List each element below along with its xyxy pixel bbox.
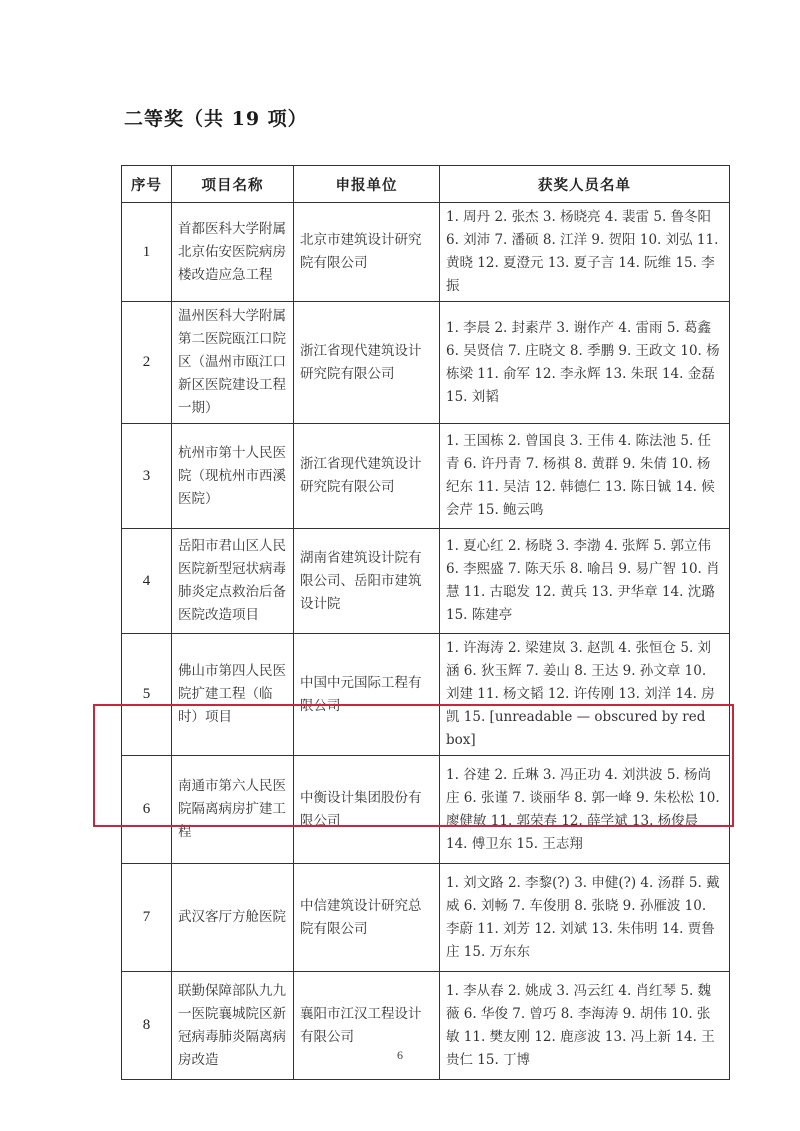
section-heading: 二等奖（共 19 项）	[124, 104, 308, 131]
table-row: 3 杭州市第十人民医院（现杭州市西溪医院） 浙江省现代建筑设计研究院有限公司 1…	[122, 424, 730, 529]
row-seq: 4	[122, 529, 172, 634]
table-row: 1 首都医科大学附属北京佑安医院病房楼改造应急工程 北京市建筑设计研究院有限公司…	[122, 203, 730, 302]
row-project: 联勤保障部队九九一医院襄城院区新冠病毒肺炎隔离病房改造	[172, 972, 294, 1080]
row-names: 1. 夏心红 2. 杨晓 3. 李渤 4. 张辉 5. 郭立伟 6. 李熙盛 7…	[440, 529, 730, 634]
row-seq: 7	[122, 864, 172, 972]
row-seq: 5	[122, 634, 172, 756]
header-names: 获奖人员名单	[440, 166, 730, 203]
table-row-highlighted: 6 南通市第六人民医院隔离病房扩建工程 中衡设计集团股份有限公司 1. 谷建 2…	[122, 756, 730, 864]
row-names: 1. 李晨 2. 封素芹 3. 谢作产 4. 雷雨 5. 葛鑫 6. 吴贤信 7…	[440, 302, 730, 424]
row-seq: 6	[122, 756, 172, 864]
row-project: 首都医科大学附属北京佑安医院病房楼改造应急工程	[172, 203, 294, 302]
row-names: 1. 王国栋 2. 曾国良 3. 王伟 4. 陈法池 5. 任青 6. 许丹青 …	[440, 424, 730, 529]
row-project: 武汉客厅方舱医院	[172, 864, 294, 972]
table-header-row: 序号 项目名称 申报单位 获奖人员名单	[122, 166, 730, 203]
table-row: 4 岳阳市君山区人民医院新型冠状病毒肺炎定点救治后备医院改造项目 湖南省建筑设计…	[122, 529, 730, 634]
row-project: 岳阳市君山区人民医院新型冠状病毒肺炎定点救治后备医院改造项目	[172, 529, 294, 634]
row-seq: 2	[122, 302, 172, 424]
header-project: 项目名称	[172, 166, 294, 203]
row-unit: 湖南省建筑设计院有限公司、岳阳市建筑设计院	[294, 529, 440, 634]
page-number: 6	[0, 1048, 800, 1063]
table-row: 7 武汉客厅方舱医院 中信建筑设计研究总院有限公司 1. 刘文路 2. 李黎(?…	[122, 864, 730, 972]
row-names: 1. 刘文路 2. 李黎(?) 3. 申健(?) 4. 汤群 5. 戴威 6. …	[440, 864, 730, 972]
row-project: 南通市第六人民医院隔离病房扩建工程	[172, 756, 294, 864]
awards-table: 序号 项目名称 申报单位 获奖人员名单 1 首都医科大学附属北京佑安医院病房楼改…	[121, 165, 730, 1080]
row-unit: 中衡设计集团股份有限公司	[294, 756, 440, 864]
row-seq: 3	[122, 424, 172, 529]
row-project: 佛山市第四人民医院扩建工程（临时）项目	[172, 634, 294, 756]
row-unit: 中信建筑设计研究总院有限公司	[294, 864, 440, 972]
row-names: 1. 谷建 2. 丘琳 3. 冯正功 4. 刘洪波 5. 杨尚庄 6. 张谨 7…	[440, 756, 730, 864]
row-unit: 襄阳市江汉工程设计有限公司	[294, 972, 440, 1080]
row-seq: 1	[122, 203, 172, 302]
table-row: 8 联勤保障部队九九一医院襄城院区新冠病毒肺炎隔离病房改造 襄阳市江汉工程设计有…	[122, 972, 730, 1080]
row-names: 1. 周丹 2. 张杰 3. 杨晓亮 4. 裴雷 5. 鲁冬阳 6. 刘沛 7.…	[440, 203, 730, 302]
row-unit: 浙江省现代建筑设计研究院有限公司	[294, 302, 440, 424]
row-project: 杭州市第十人民医院（现杭州市西溪医院）	[172, 424, 294, 529]
row-unit: 中国中元国际工程有限公司	[294, 634, 440, 756]
row-names: 1. 许海涛 2. 梁建岚 3. 赵凯 4. 张恒仓 5. 刘涵 6. 狄玉辉 …	[440, 634, 730, 756]
row-project: 温州医科大学附属第二医院瓯江口院区（温州市瓯江口新区医院建设工程一期）	[172, 302, 294, 424]
row-unit: 浙江省现代建筑设计研究院有限公司	[294, 424, 440, 529]
row-names: 1. 李从春 2. 姚成 3. 冯云红 4. 肖红琴 5. 魏薇 6. 华俊 7…	[440, 972, 730, 1080]
header-seq: 序号	[122, 166, 172, 203]
row-seq: 8	[122, 972, 172, 1080]
row-unit: 北京市建筑设计研究院有限公司	[294, 203, 440, 302]
table-row: 2 温州医科大学附属第二医院瓯江口院区（温州市瓯江口新区医院建设工程一期） 浙江…	[122, 302, 730, 424]
table-row: 5 佛山市第四人民医院扩建工程（临时）项目 中国中元国际工程有限公司 1. 许海…	[122, 634, 730, 756]
header-unit: 申报单位	[294, 166, 440, 203]
